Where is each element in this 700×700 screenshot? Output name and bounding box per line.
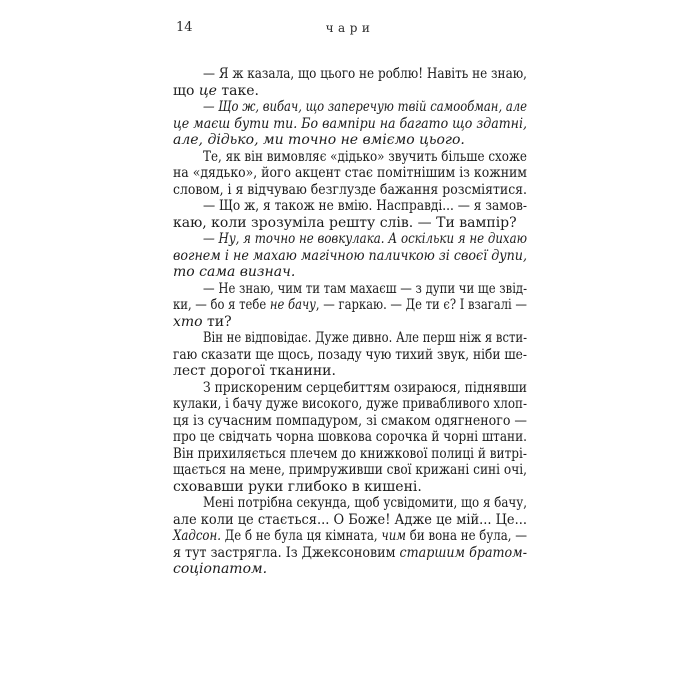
text-line: на «дядько», його акцент стає помітнішим… (173, 165, 527, 182)
text-line: гаю сказати ще щось, позаду чую тихий зв… (173, 347, 527, 364)
text-line: то сама визнач. (173, 264, 527, 281)
paragraph: — Що ж, я також не вмію. Насправді... — … (173, 198, 527, 231)
book-page: 14 чари — Я ж казала, що цього не роблю!… (0, 0, 700, 700)
paragraph: — Що ж, вибач, що заперечую твій самообм… (173, 99, 527, 149)
paragraph: З прискореним серцебиттям озираюся, підн… (173, 380, 527, 496)
text-line: каю, коли зрозуміла решту слів. — Ти вам… (173, 215, 527, 232)
text-line: але коли це стається... О Боже! Адже це … (173, 512, 527, 529)
text-line: — Що ж, вибач, що заперечую твій самообм… (173, 99, 527, 116)
paragraph: — Ну, я точно не вовкулака. А оскільки я… (173, 231, 527, 281)
text-line: ки, — бо я тебе не бачу, — гаркаю. — Де … (173, 297, 527, 314)
text-line: З прискореним серцебиттям озираюся, підн… (173, 380, 527, 397)
text-line: кулаки, і бачу дуже високого, дуже прива… (173, 396, 527, 413)
text-line: Хадсон. Де б не була ця кімната, чим би … (173, 528, 527, 545)
paragraph: — Я ж казала, що цього не роблю! Навіть … (173, 66, 527, 99)
page-body: — Я ж казала, що цього не роблю! Навіть … (173, 66, 527, 578)
text-line: словом, і я відчуваю безглузде бажання р… (173, 182, 527, 199)
paragraph: Те, як він вимовляє «дідько» звучить біл… (173, 149, 527, 199)
text-line: але, дідько, ми точно не вміємо цього. (173, 132, 527, 149)
text-line: ця із сучасним помпадуром, зі смаком одя… (173, 413, 527, 430)
text-line: Мені потрібна секунда, щоб усвідомити, щ… (173, 495, 527, 512)
text-line: — Що ж, я також не вмію. Насправді... — … (173, 198, 527, 215)
running-head: чари (173, 21, 527, 35)
text-line: хто ти? (173, 314, 527, 331)
text-line: — Я ж казала, що цього не роблю! Навіть … (173, 66, 527, 83)
text-line: Він прихиляється плечем до книжкової пол… (173, 446, 527, 463)
text-line: Він не відповідає. Дуже дивно. Але перш … (173, 330, 527, 347)
text-line: щається на мене, примруживши свої крижан… (173, 462, 527, 479)
text-line: вогнем і не махаю магічною паличкою зі с… (173, 248, 527, 265)
text-line: — Ну, я точно не вовкулака. А оскільки я… (173, 231, 527, 248)
text-line: про це свідчать чорна шовкова сорочка й … (173, 429, 527, 446)
text-line: соціопатом. (173, 561, 527, 578)
text-line: що це таке. (173, 83, 527, 100)
text-line: це маєш бути ти. Бо вампіри на багато що… (173, 116, 527, 133)
text-line: Те, як він вимовляє «дідько» звучить біл… (173, 149, 527, 166)
text-line: я тут застрягла. Із Джексоновим старшим … (173, 545, 527, 562)
paragraph: Він не відповідає. Дуже дивно. Але перш … (173, 330, 527, 380)
text-line: сховавши руки глибоко в кишені. (173, 479, 527, 496)
text-line: лест дорогої тканини. (173, 363, 527, 380)
paragraph: Мені потрібна секунда, щоб усвідомити, щ… (173, 495, 527, 578)
paragraph: — Не знаю, чим ти там махаєш — з дупи чи… (173, 281, 527, 331)
text-line: — Не знаю, чим ти там махаєш — з дупи чи… (173, 281, 527, 298)
